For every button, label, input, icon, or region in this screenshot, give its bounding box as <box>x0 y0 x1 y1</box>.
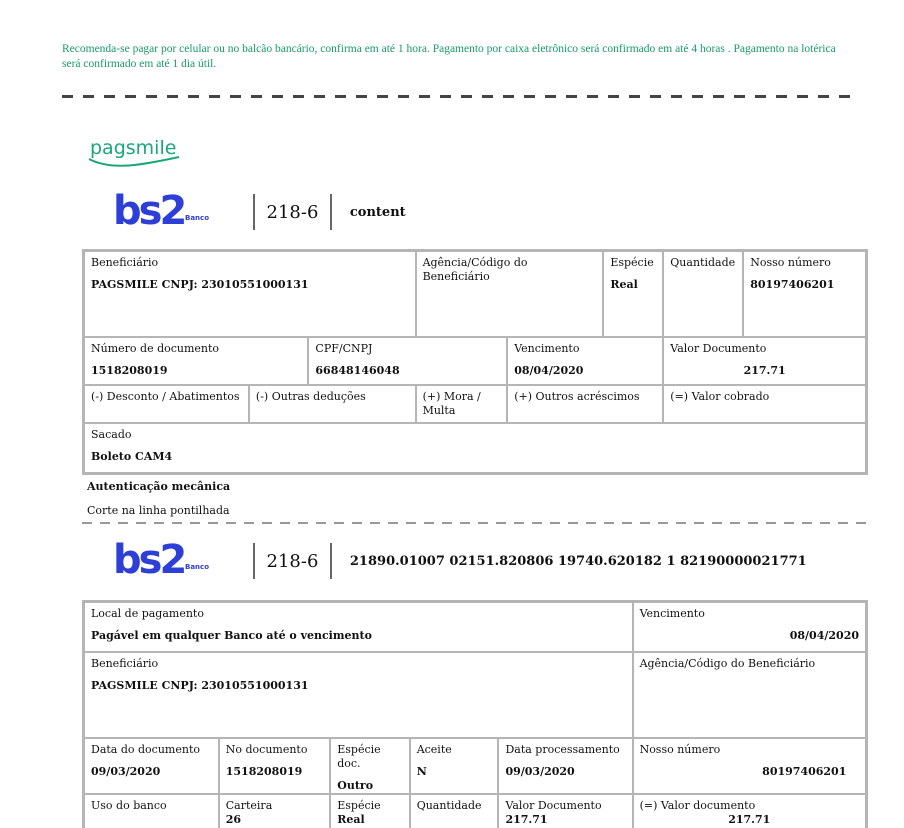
receipt-table: Beneficiário PAGSMILE CNPJ: 230105510001… <box>82 249 868 475</box>
bs2-logo-text: bs2 <box>113 535 184 585</box>
no-documento-cell: No documento 1518208019 <box>219 738 330 794</box>
vencimento-cell: Vencimento 08/04/2020 <box>633 602 866 652</box>
bs2-logo-sub: Banco <box>185 214 209 222</box>
slip-table: Local de pagamento Pagável em qualquer B… <box>82 600 868 828</box>
outras-deducoes-cell: (-) Outras deduções <box>249 385 416 423</box>
slip-bank-header: bs2 Banco 218-6 21890.01007 02151.820806… <box>113 539 807 583</box>
numero-documento-cell: Número de documento 1518208019 <box>84 337 308 385</box>
quantidade-cell: Quantidade <box>663 251 743 337</box>
agencia-cell: Agência/Código do Beneficiário <box>633 652 866 738</box>
valor-documento-cell: Valor Documento 217.71 <box>498 794 632 828</box>
nosso-numero-cell: Nosso número 80197406201 <box>743 251 866 337</box>
receipt-bank-header: bs2 Banco 218-6 content <box>113 190 406 234</box>
cpf-cnpj-cell: CPF/CNPJ 66848146048 <box>308 337 507 385</box>
autenticacao-mecanica: Autenticação mecânica <box>87 480 230 493</box>
beneficiario-cell: Beneficiário PAGSMILE CNPJ: 230105510001… <box>84 652 633 738</box>
agencia-cell: Agência/Código do Beneficiário <box>416 251 604 337</box>
sacado-cell: Sacado Boleto CAM4 <box>84 423 866 473</box>
pagsmile-logo: pagsmile <box>87 137 187 169</box>
valor-cobrado-cell: (=) Valor cobrado <box>663 385 866 423</box>
carteira-cell: Carteira 26 <box>219 794 330 828</box>
dashed-divider <box>62 95 852 98</box>
valor-documento-cell: Valor Documento 217.71 <box>663 337 866 385</box>
uso-banco-cell: Uso do banco <box>84 794 219 828</box>
especie-cell: Espécie Real <box>330 794 409 828</box>
local-pagamento-cell: Local de pagamento Pagável em qualquer B… <box>84 602 633 652</box>
vencimento-cell: Vencimento 08/04/2020 <box>507 337 663 385</box>
smile-swoosh-icon <box>87 151 182 169</box>
receipt-header-text: content <box>332 205 406 220</box>
mora-multa-cell: (+) Mora / Multa <box>416 385 508 423</box>
bs2-logo: bs2 Banco <box>113 192 253 232</box>
bank-code: 218-6 <box>255 202 331 223</box>
corte-label: Corte na linha pontilhada <box>87 504 230 517</box>
data-documento-cell: Data do documento 09/03/2020 <box>84 738 219 794</box>
bs2-logo-text: bs2 <box>113 186 184 236</box>
bs2-logo: bs2 Banco <box>113 541 253 581</box>
desconto-cell: (-) Desconto / Abatimentos <box>84 385 249 423</box>
data-processamento-cell: Data processamento 09/03/2020 <box>498 738 632 794</box>
especie-doc-cell: Espécie doc. Outro <box>330 738 409 794</box>
payment-notice: Recomenda-se pagar por celular ou no bal… <box>62 42 852 72</box>
nosso-numero-cell: Nosso número 80197406201 <box>633 738 866 794</box>
outros-acrescimos-cell: (+) Outros acréscimos <box>507 385 663 423</box>
especie-cell: Espécie Real <box>603 251 663 337</box>
quantidade-cell: Quantidade <box>410 794 499 828</box>
aceite-cell: Aceite N <box>410 738 499 794</box>
cut-line <box>82 522 868 524</box>
bs2-logo-sub: Banco <box>185 563 209 571</box>
beneficiario-cell: Beneficiário PAGSMILE CNPJ: 230105510001… <box>84 251 416 337</box>
bank-code: 218-6 <box>255 551 331 572</box>
valor-documento-total-cell: (=) Valor documento 217.71 <box>633 794 866 828</box>
linha-digitavel[interactable]: 21890.01007 02151.820806 19740.620182 1 … <box>332 554 807 569</box>
